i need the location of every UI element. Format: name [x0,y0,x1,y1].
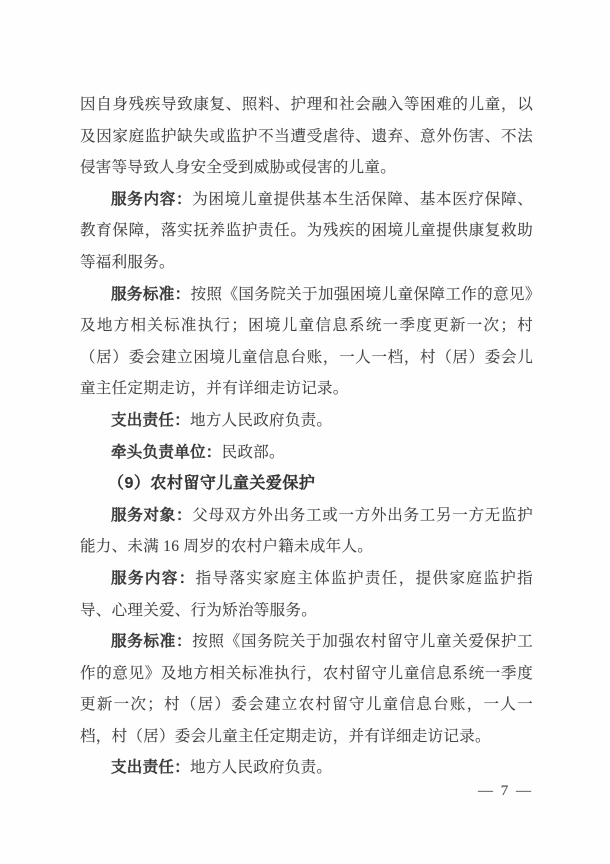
paragraph-text: 地方人民政府负责。 [190,412,332,429]
paragraph: 支出责任：地方人民政府负责。 [80,752,533,784]
paragraph-text: 因自身残疾导致康复、照料、护理和社会融入等困难的儿童，以及因家庭监护缺失或监护不… [80,96,533,176]
paragraph: 支出责任：地方人民政府负责。 [80,405,533,437]
paragraph-label: 牵头负责单位： [111,444,222,461]
paragraph-label: 支出责任： [111,412,190,429]
section-heading: （9）农村留守儿童关爱保护 [80,468,533,500]
paragraph: 服务标准：按照《国务院关于加强农村留守儿童关爱保护工作的意见》及地方相关标准执行… [80,626,533,752]
paragraph-label: 服务标准： [111,286,191,303]
paragraph-label: 服务对象： [111,507,192,524]
paragraph: 服务内容：为困境儿童提供基本生活保障、基本医疗保障、教育保障，落实抚养监护责任。… [80,184,533,279]
page-number: — 7 — [478,781,533,801]
document-body: 因自身残疾导致康复、照料、护理和社会融入等困难的儿童，以及因家庭监护缺失或监护不… [80,89,533,784]
paragraph-label: 服务内容： [111,570,196,587]
document-page: 因自身残疾导致康复、照料、护理和社会融入等困难的儿童，以及因家庭监护缺失或监护不… [0,0,610,864]
paragraph-label: 支出责任： [111,759,190,776]
paragraph: 牵头负责单位：民政部。 [80,437,533,469]
paragraph-label: 服务标准： [111,633,192,650]
paragraph-text: 民政部。 [222,444,285,461]
paragraph-text: 地方人民政府负责。 [190,759,332,776]
paragraph: 服务内容：指导落实家庭主体监护责任，提供家庭监护指导、心理关爱、行为矫治等服务。 [80,563,533,626]
paragraph-label: 服务内容： [111,191,192,208]
paragraph: 服务标准：按照《国务院关于加强困境儿童保障工作的意见》及地方相关标准执行；困境儿… [80,279,533,405]
paragraph: 因自身残疾导致康复、照料、护理和社会融入等困难的儿童，以及因家庭监护缺失或监护不… [80,89,533,184]
paragraph: 服务对象：父母双方外出务工或一方外出务工另一方无监护能力、未满 16 周岁的农村… [80,500,533,563]
